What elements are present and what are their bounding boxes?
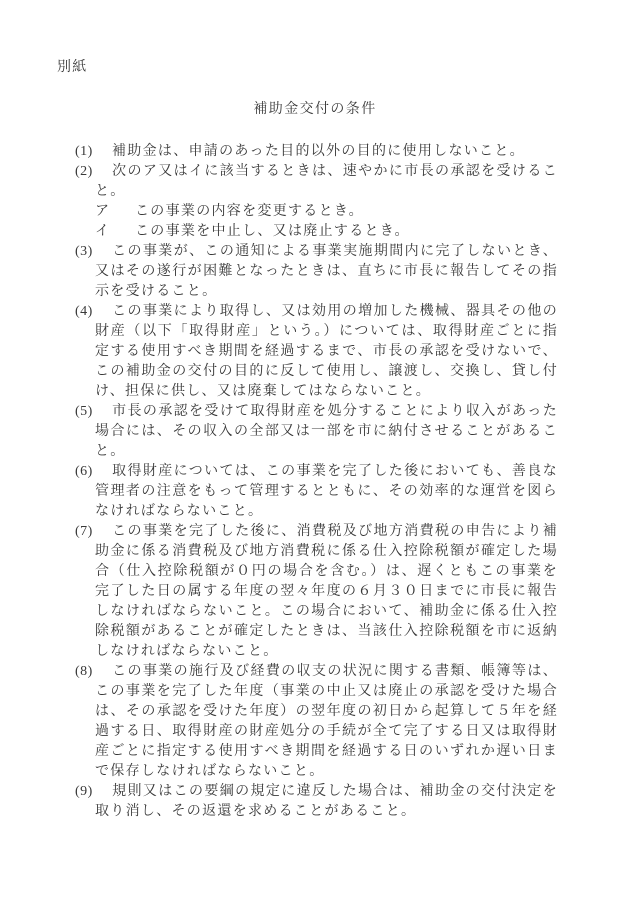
item-text: この事業が、この通知による事業実施期間内に完了しないとき、又はその遂行が困難とな… <box>95 244 558 299</box>
item-number: (3) <box>75 242 112 262</box>
list-item-6: (6)取得財産については、この事業を完了した後においても、善良な管理者の注意をも… <box>95 462 558 522</box>
item-text: この事業の施行及び経費の収支の状況に関する書類、帳簿等は、この事業を完了した年度… <box>95 664 558 779</box>
document-page: 別紙 補助金交付の条件 (1)補助金は、申請のあった目的以外の目的に使用しないこ… <box>0 0 630 903</box>
sub-item-i: イこの事業を中止し、又は廃止するとき。 <box>95 222 558 242</box>
document-title: 補助金交付の条件 <box>0 100 630 120</box>
sub-item-text: この事業の内容を変更するとき。 <box>135 204 364 219</box>
sub-item-number: ア <box>95 202 135 222</box>
item-number: (6) <box>75 462 112 482</box>
item-number: (4) <box>75 302 112 322</box>
item-text: この事業により取得し、又は効用の増加した機械、器具その他の財産（以下「取得財産」… <box>95 304 558 399</box>
item-text: 市長の承認を受けて取得財産を処分することにより収入があった場合には、その収入の全… <box>95 404 558 459</box>
item-number: (5) <box>75 402 112 422</box>
list-item-8: (8)この事業の施行及び経費の収支の状況に関する書類、帳簿等は、この事業を完了し… <box>95 662 558 782</box>
list-item-7: (7)この事業を完了した後に、消費税及び地方消費税の申告により補助金に係る消費税… <box>95 522 558 662</box>
sub-item-number: イ <box>95 222 135 242</box>
sub-item-text: この事業を中止し、又は廃止するとき。 <box>135 224 410 239</box>
list-item-9: (9)規則又はこの要綱の規定に違反した場合は、補助金の交付決定を取り消し、その返… <box>95 782 558 822</box>
item-text: 補助金は、申請のあった目的以外の目的に使用しないこと。 <box>112 144 525 159</box>
item-text: 取得財産については、この事業を完了した後においても、善良な管理者の注意をもって管… <box>95 464 558 519</box>
item-number: (2) <box>75 162 112 182</box>
attachment-label: 別紙 <box>0 0 630 78</box>
item-number: (9) <box>75 782 112 802</box>
sub-item-a: アこの事業の内容を変更するとき。 <box>95 202 558 222</box>
item-number: (1) <box>75 142 112 162</box>
conditions-list: (1)補助金は、申請のあった目的以外の目的に使用しないこと。 (2)次のア又はイ… <box>95 142 558 822</box>
list-item-1: (1)補助金は、申請のあった目的以外の目的に使用しないこと。 <box>95 142 558 162</box>
list-item-5: (5)市長の承認を受けて取得財産を処分することにより収入があった場合には、その収… <box>95 402 558 462</box>
item-text: この事業を完了した後に、消費税及び地方消費税の申告により補助金に係る消費税及び地… <box>95 524 558 659</box>
list-item-2: (2)次のア又はイに該当するときは、速やかに市長の承認を受けること。 <box>95 162 558 202</box>
list-item-3: (3)この事業が、この通知による事業実施期間内に完了しないとき、又はその遂行が困… <box>95 242 558 302</box>
item-number: (8) <box>75 662 112 682</box>
item-text: 次のア又はイに該当するときは、速やかに市長の承認を受けること。 <box>95 164 558 199</box>
item-number: (7) <box>75 522 112 542</box>
item-text: 規則又はこの要綱の規定に違反した場合は、補助金の交付決定を取り消し、その返還を求… <box>95 784 558 819</box>
list-item-4: (4)この事業により取得し、又は効用の増加した機械、器具その他の財産（以下「取得… <box>95 302 558 402</box>
